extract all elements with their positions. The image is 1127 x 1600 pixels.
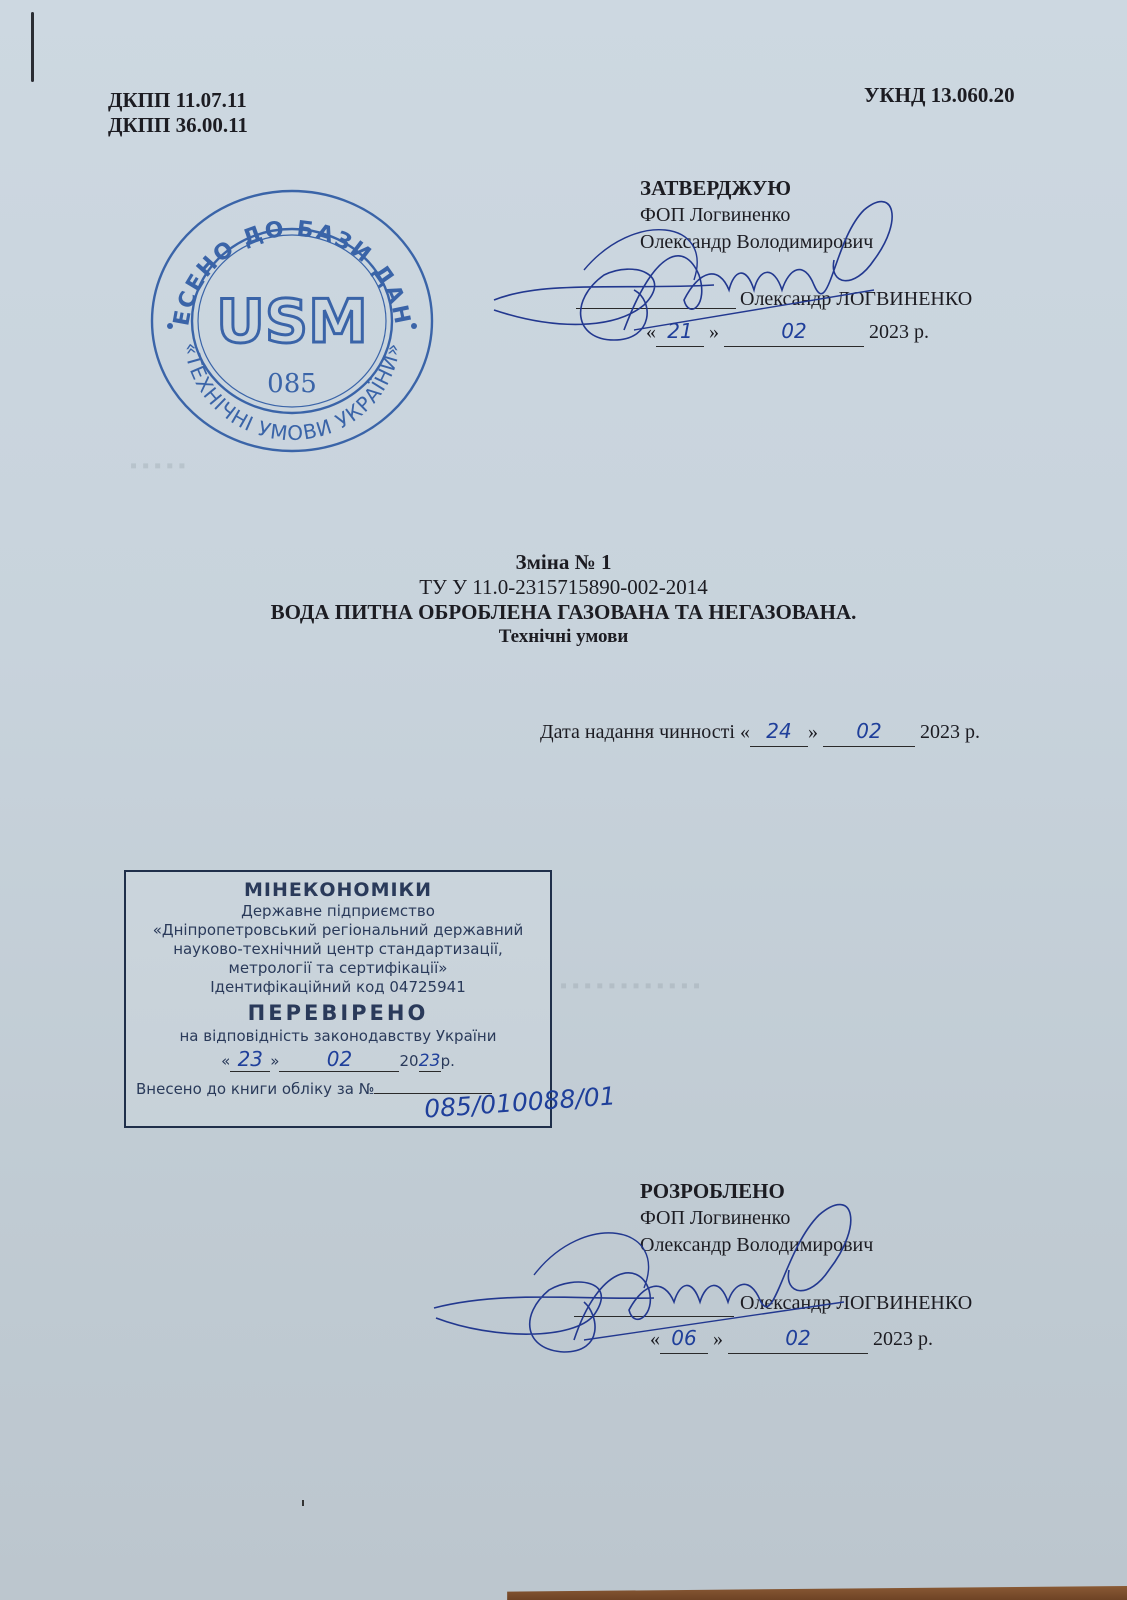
developed-date: «06 » 02 2023 р.: [650, 1325, 933, 1354]
spec-number: ТУ У 11.0-2315715890-002-2014: [0, 575, 1127, 599]
developed-signature-line: [574, 1316, 734, 1317]
developed-full-name: Олександр Володимирович: [640, 1232, 873, 1259]
approval-full-name: Олександр Володимирович: [640, 229, 873, 256]
ministry-name: МІНЕКОНОМІКИ: [126, 878, 550, 902]
verified-label: ПЕРЕВІРЕНО: [126, 999, 550, 1027]
title-block: Зміна № 1 ТУ У 11.0-2315715890-002-2014 …: [0, 549, 1127, 649]
approval-date: «21 » 02 2023 р.: [646, 318, 929, 347]
effective-day: 24: [766, 719, 791, 743]
effective-month: 02: [856, 719, 881, 743]
approval-signature-line: [576, 308, 736, 309]
classification-codes: ДКПП 11.07.11 ДКПП 36.00.11: [108, 88, 248, 138]
approval-year: 2023 р.: [869, 321, 929, 343]
developed-title: РОЗРОБЛЕНО: [640, 1178, 873, 1205]
effective-date: Дата надання чинності «24» 02 2023 р.: [540, 718, 980, 747]
approval-month: 02: [781, 319, 806, 343]
svg-text:USM: USM: [216, 287, 368, 357]
database-round-stamp: ВНЕСЕНО ДО БАЗИ ДАНИХ «ТЕХНІЧНІ УМОВИ УК…: [148, 186, 436, 456]
product-subtitle: Технічні умови: [0, 625, 1127, 649]
register-label: Внесено до книги обліку за №: [136, 1080, 374, 1098]
developed-day: 06: [671, 1326, 696, 1350]
verification-month: 02: [327, 1047, 352, 1071]
svg-text:085: 085: [267, 369, 317, 399]
approval-day: 21: [667, 319, 692, 343]
verification-day: 23: [238, 1047, 263, 1071]
approval-title: ЗАТВЕРДЖУЮ: [640, 175, 873, 202]
product-title: ВОДА ПИТНА ОБРОБЛЕНА ГАЗОВАНА ТА НЕГАЗОВ…: [0, 599, 1127, 625]
dkpp-code-1: ДКПП 11.07.11: [108, 88, 248, 113]
approval-org: ФОП Логвиненко: [640, 202, 873, 229]
speck: [302, 1500, 304, 1506]
verification-date: «23»022023р.: [126, 1050, 550, 1072]
change-number: Зміна № 1: [0, 549, 1127, 575]
effective-label: Дата надання чинності «: [540, 721, 750, 743]
identification-code: Ідентифікаційний код 04725941: [126, 978, 550, 997]
dkpp-code-2: ДКПП 36.00.11: [108, 113, 248, 138]
developed-year: 2023 р.: [873, 1328, 933, 1350]
effective-year: 2023 р.: [920, 721, 980, 743]
developed-month: 02: [785, 1326, 810, 1350]
margin-mark: [31, 12, 34, 82]
desk-edge: [0, 1586, 1127, 1600]
approval-signer: Олександр ЛОГВИНЕНКО: [740, 286, 972, 313]
developed-block: РОЗРОБЛЕНО ФОП Логвиненко Олександр Воло…: [640, 1178, 873, 1259]
uknd-code: УКНД 13.060.20: [864, 83, 1015, 108]
developed-org: ФОП Логвиненко: [640, 1205, 873, 1232]
approval-block: ЗАТВЕРДЖУЮ ФОП Логвиненко Олександр Воло…: [640, 175, 873, 256]
developed-signer: Олександр ЛОГВИНЕНКО: [740, 1290, 972, 1317]
